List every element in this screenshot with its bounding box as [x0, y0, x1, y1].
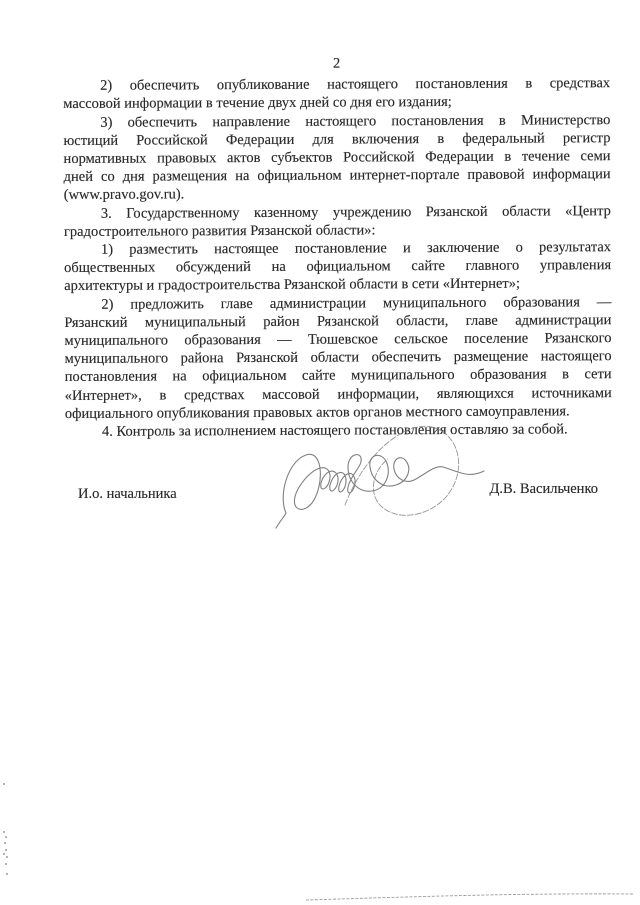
scan-noise-dot — [6, 873, 8, 875]
text-line: 2) обеспечить опубликование настоящего п… — [63, 74, 610, 95]
scan-noise-dot — [5, 849, 7, 851]
paragraph: 2) предложить главе администрации муници… — [64, 293, 612, 423]
signer-name: Д.В. Васильченко — [489, 481, 598, 498]
scan-noise-dot — [5, 836, 7, 838]
scan-edge-line-icon — [300, 886, 640, 904]
paragraph: 1) разместить настоящее постановление и … — [64, 238, 611, 295]
scan-noise-dot — [3, 853, 5, 855]
text-line: 3. Государственному казенному учреждению… — [64, 202, 611, 223]
signer-title: И.о. начальника — [78, 486, 177, 503]
paragraph: 3) обеспечить направление настоящего пос… — [63, 111, 610, 205]
scan-noise-dot — [4, 842, 6, 844]
scan-noise-dot — [5, 863, 7, 865]
handwritten-signature-icon — [270, 413, 505, 533]
scanned-document-page: 2 2) обеспечить опубликование настоящего… — [0, 0, 640, 905]
text-line: общественных обсуждений на официальном с… — [64, 256, 611, 277]
page-number: 2 — [63, 53, 610, 74]
paragraph: 2) обеспечить опубликование настоящего п… — [63, 74, 610, 113]
document-body: 2) обеспечить опубликование настоящего п… — [63, 74, 612, 441]
scan-noise-dot — [3, 783, 5, 785]
text-line: постановления на официальном сайте муниц… — [65, 366, 612, 387]
text-line: дней со дня размещения на официальном ин… — [64, 165, 611, 186]
scan-noise-dot — [6, 856, 8, 858]
document-content: 2 2) обеспечить опубликование настоящего… — [63, 53, 612, 441]
signature-block: И.о. начальника Д.В. Васильченко — [63, 484, 610, 508]
paragraph: 3. Государственному казенному учреждению… — [64, 202, 611, 241]
scan-noise-dot — [3, 831, 5, 833]
